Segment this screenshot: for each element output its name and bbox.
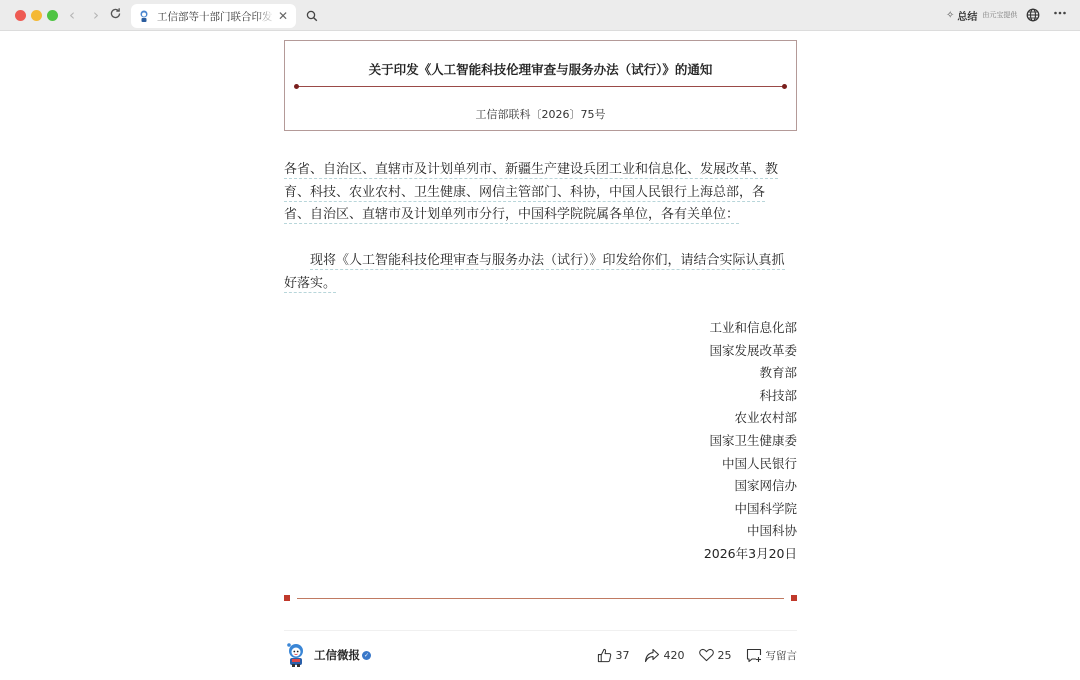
divider-square-left (284, 595, 290, 601)
recipients-line: 省、自治区、直辖市及计划单列市分行，中国科学院院属各单位，各有关单位： (284, 207, 739, 224)
heart-icon (699, 648, 714, 662)
close-window-button[interactable] (15, 10, 26, 21)
translate-button[interactable] (1025, 7, 1041, 23)
tab-close-icon[interactable]: ✕ (278, 9, 288, 23)
maximize-window-button[interactable] (47, 10, 58, 21)
signer: 教育部 (704, 362, 797, 385)
signer: 国家网信办 (704, 475, 797, 498)
reload-icon (109, 7, 122, 20)
favorite-count: 25 (718, 649, 732, 662)
section-divider (284, 630, 797, 631)
summary-provider: 由元宝提供 (982, 10, 1017, 20)
share-button[interactable]: 420 (644, 648, 685, 663)
mascot-favicon-icon (137, 9, 151, 23)
write-comment-button[interactable]: 写留言 (746, 648, 798, 663)
verified-badge-icon: ✓ (362, 651, 371, 660)
browser-titlebar: ‹ › 工信部等十部门联合印发《人工智能科技伦理审查与服务办法（试行）》 ✕ ✧… (0, 0, 1080, 31)
search-icon (306, 10, 318, 22)
minimize-window-button[interactable] (31, 10, 42, 21)
globe-icon (1026, 8, 1040, 22)
signer: 国家卫生健康委 (704, 430, 797, 453)
recipients-line: 育、科技、农业农村、卫生健康、网信主管部门、科协，中国人民银行上海总部，各 (284, 185, 765, 202)
issue-date: 2026年3月20日 (704, 543, 797, 566)
share-icon (644, 648, 660, 663)
signer: 农业农村部 (704, 407, 797, 430)
signer: 科技部 (704, 385, 797, 408)
write-comment-label: 写留言 (766, 648, 798, 663)
divider-dot-right (782, 84, 787, 89)
author-info[interactable]: 工信微报 ✓ (284, 642, 371, 668)
mascot-avatar-icon (284, 642, 308, 668)
ai-summary-button[interactable]: ✧ 总结 由元宝提供 (940, 5, 1018, 25)
signer: 中国科学院 (704, 498, 797, 521)
thumbs-up-icon (597, 648, 612, 663)
divider-square-right (791, 595, 797, 601)
reload-button[interactable] (107, 7, 123, 23)
comment-icon (746, 648, 762, 663)
body-paragraph: 现将《人工智能科技伦理审查与服务办法（试行）》印发给你们，请结合实际认真抓 好落… (284, 250, 797, 295)
document-number: 工信部联科〔2026〕75号 (285, 106, 796, 122)
summary-label: 总结 (957, 8, 977, 23)
divider-dot-left (294, 84, 299, 89)
ellipsis-icon (1053, 5, 1067, 19)
document-title: 关于印发《人工智能科技伦理审查与服务办法（试行）》的通知 (285, 60, 796, 78)
sparkle-icon: ✧ (946, 10, 954, 21)
like-count: 37 (616, 649, 630, 662)
author-name[interactable]: 工信微报 (314, 647, 360, 663)
favorite-button[interactable]: 25 (699, 648, 732, 662)
browser-tab[interactable]: 工信部等十部门联合印发《人工智能科技伦理审查与服务办法（试行）》 ✕ (131, 4, 296, 28)
search-button[interactable] (300, 5, 324, 27)
author-avatar[interactable] (284, 642, 308, 668)
divider-line (297, 598, 784, 599)
footer-divider (284, 593, 797, 603)
recipients-line: 各省、自治区、直辖市及计划单列市、新疆生产建设兵团工业和信息化、发展改革、教 (284, 162, 778, 179)
more-options-button[interactable] (1051, 5, 1069, 23)
share-count: 420 (664, 649, 685, 662)
recipients-paragraph: 各省、自治区、直辖市及计划单列市、新疆生产建设兵团工业和信息化、发展改革、教 育… (284, 159, 797, 227)
body-line: 现将《人工智能科技伦理审查与服务办法（试行）》印发给你们，请结合实际认真抓 (310, 253, 785, 270)
signer: 工业和信息化部 (704, 317, 797, 340)
body-line: 好落实。 (284, 276, 336, 293)
article-actions: 37 420 25 写留言 (583, 645, 798, 665)
signer: 国家发展改革委 (704, 340, 797, 363)
forward-button[interactable]: › (88, 7, 104, 23)
signers-list: 工业和信息化部 国家发展改革委 教育部 科技部 农业农村部 国家卫生健康委 中国… (704, 317, 797, 566)
back-button[interactable]: ‹ (64, 7, 80, 23)
document-header-box: 关于印发《人工智能科技伦理审查与服务办法（试行）》的通知 工信部联科〔2026〕… (284, 40, 797, 131)
signer: 中国科协 (704, 520, 797, 543)
header-divider (295, 86, 786, 87)
tab-title: 工信部等十部门联合印发《人工智能科技伦理审查与服务办法（试行）》 (157, 9, 274, 24)
like-button[interactable]: 37 (597, 648, 630, 663)
signer: 中国人民银行 (704, 453, 797, 476)
